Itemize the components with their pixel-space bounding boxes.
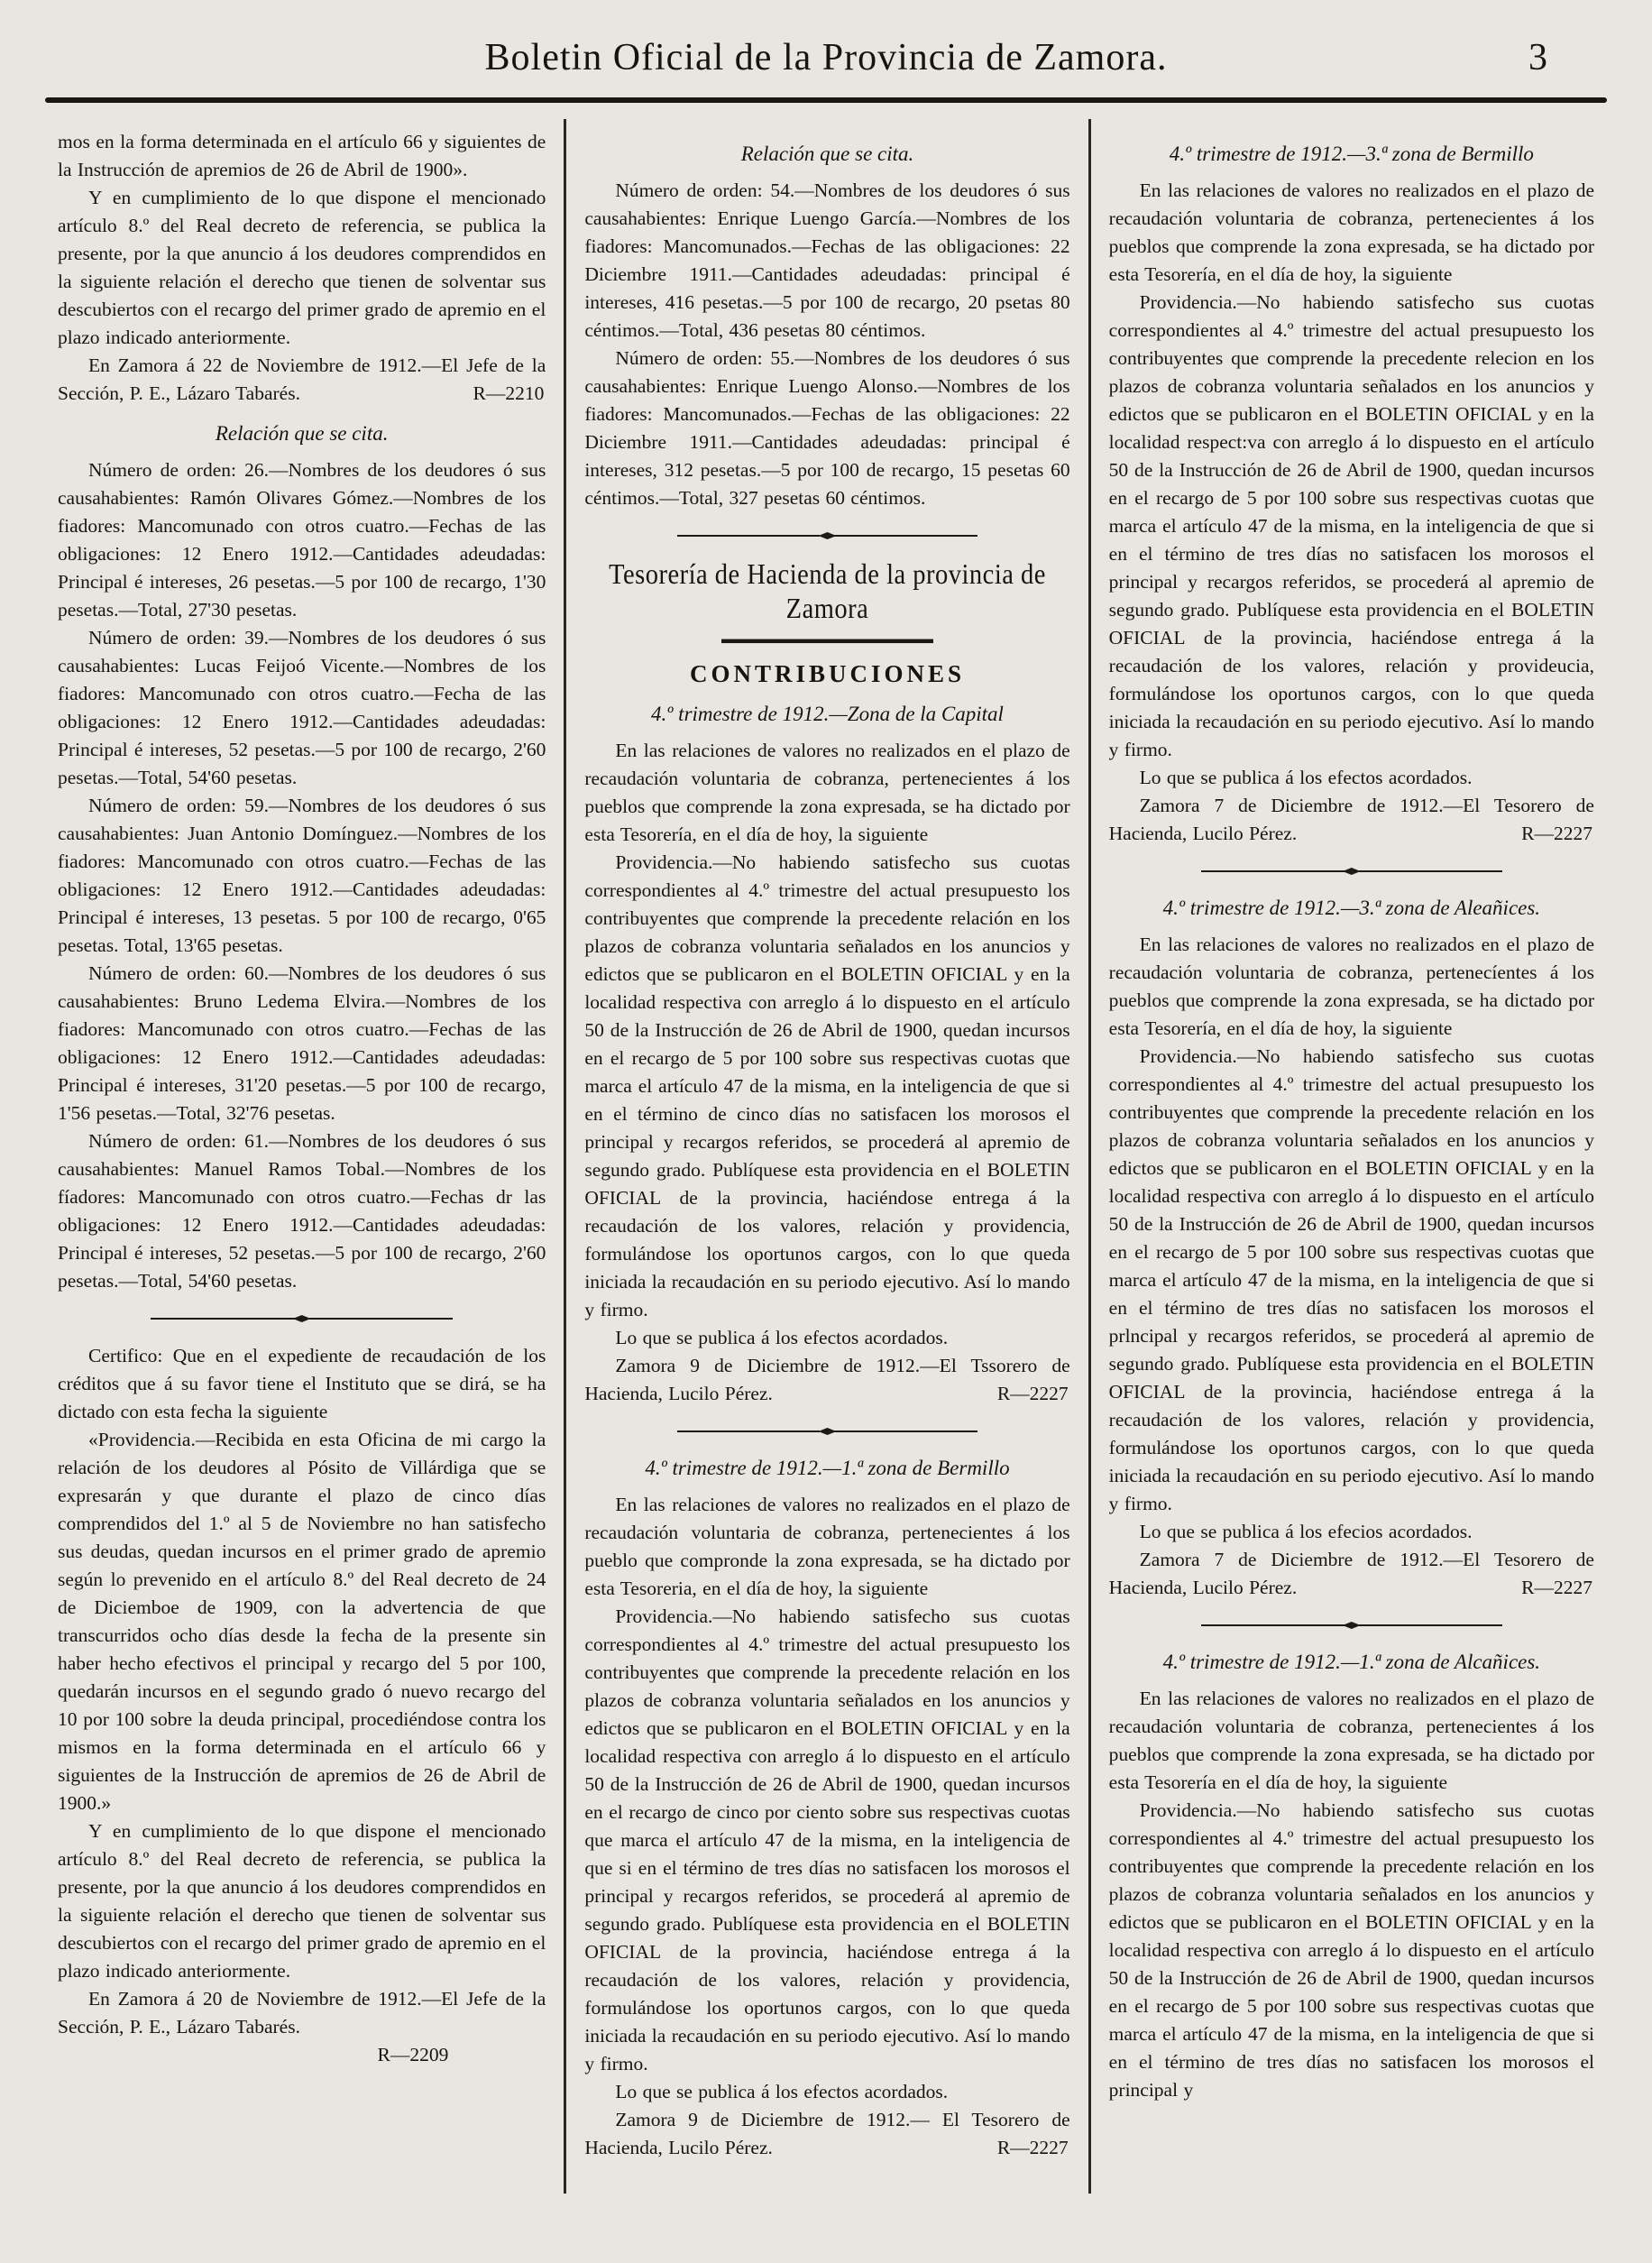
section-masthead: Tesorería de Hacienda de la provincia de… <box>584 558 1069 643</box>
paragraph: Lo que se publica á los efectos acordado… <box>1109 764 1594 792</box>
reference-number: R—2209 <box>58 2041 546 2069</box>
paragraph: En las relaciones de valores no realizad… <box>1109 931 1594 1043</box>
columns-container: mos en la forma determinada en el artícu… <box>40 119 1612 2194</box>
italic-heading: 4.º trimestre de 1912.—Zona de la Capita… <box>584 701 1069 728</box>
italic-heading: Relación que se cita. <box>584 141 1069 168</box>
column-1: mos en la forma determinada en el artícu… <box>40 119 564 2194</box>
header-rule <box>45 97 1607 103</box>
reference-number: R—2210 <box>442 380 544 408</box>
diamond-ornament <box>293 1315 311 1322</box>
paragraph: Providencia.—No habiendo satisfecho sus … <box>1109 1797 1594 2104</box>
page-number: 3 <box>1528 36 1547 79</box>
paragraph: Providencia.—No habiendo satisfecho sus … <box>584 849 1069 1324</box>
paragraph: Lo que se publica á los efectos acordado… <box>584 1324 1069 1352</box>
paragraph: Lo que se publica á los efecios acordado… <box>1109 1518 1594 1546</box>
paragraph: mos en la forma determinada en el artícu… <box>58 128 546 184</box>
paragraph: Número de orden: 55.—Nombres de los deud… <box>584 345 1069 512</box>
signature-line: Zamora 9 de Diciembre de 1912.—El Tssore… <box>584 1352 1069 1408</box>
signature-line: Zamora 7 de Diciembre de 1912.—El Tesore… <box>1109 792 1594 848</box>
paragraph: Número de orden: 26.—Nombres de los deud… <box>58 456 546 624</box>
column-2: Relación que se cita.Número de orden: 54… <box>564 119 1088 2194</box>
paragraph: Número de orden: 59.—Nombres de los deud… <box>58 792 546 960</box>
paragraph: Número de orden: 39.—Nombres de los deud… <box>58 624 546 792</box>
reference-number: R—2227 <box>967 1380 1069 1408</box>
italic-heading: 4.º trimestre de 1912.—1.ª zona de Bermi… <box>584 1455 1069 1482</box>
reference-number: R—2227 <box>1491 1574 1592 1602</box>
paragraph: Número de orden: 54.—Nombres de los deud… <box>584 177 1069 345</box>
diamond-ornament <box>1343 1622 1361 1629</box>
reference-number: R—2227 <box>1491 820 1592 848</box>
paragraph: En Zamora á 20 de Noviembre de 1912.—El … <box>58 1985 546 2041</box>
paragraph: «Providencia.—Recibida en esta Oficina d… <box>58 1426 546 1817</box>
section-separator <box>677 532 978 539</box>
paragraph: En las relaciones de valores no realizad… <box>1109 177 1594 289</box>
paragraph: Providencia.—No habiendo satisfecho sus … <box>1109 289 1594 764</box>
newspaper-page: Boletin Oficial de la Provincia de Zamor… <box>0 0 1652 2194</box>
paragraph: En las relaciones de valores no realizad… <box>584 1491 1069 1603</box>
paragraph: Providencia.—No habiendo satisfecho sus … <box>584 1603 1069 2078</box>
italic-heading: 4.º trimestre de 1912.—1.ª zona de Alcañ… <box>1109 1649 1594 1676</box>
paragraph: En las relaciones de valores no realizad… <box>584 737 1069 849</box>
paragraph: Certifico: Que en el expediente de recau… <box>58 1342 546 1426</box>
italic-heading: Relación que se cita. <box>58 420 546 447</box>
signature-line: En Zamora á 22 de Noviembre de 1912.—El … <box>58 352 546 408</box>
diamond-ornament <box>1343 868 1361 875</box>
reference-number: R—2227 <box>967 2134 1069 2162</box>
paragraph: Número de orden: 61.—Nombres de los deud… <box>58 1127 546 1295</box>
paragraph: Providencia.—No habiendo satisfecho sus … <box>1109 1043 1594 1518</box>
paragraph: Y en cumplimiento de lo que dispone el m… <box>58 1817 546 1985</box>
diamond-ornament <box>818 532 836 539</box>
contributions-heading: CONTRIBUCIONES <box>584 660 1069 688</box>
section-separator <box>1201 1622 1502 1629</box>
page-title: Boletin Oficial de la Provincia de Zamor… <box>40 36 1612 79</box>
paragraph: Número de orden: 60.—Nombres de los deud… <box>58 960 546 1127</box>
italic-heading: 4.º trimestre de 1912.—3.ª zona de Bermi… <box>1109 141 1594 168</box>
signature-line: Zamora 9 de Diciembre de 1912.— El Tesor… <box>584 2106 1069 2162</box>
diamond-ornament <box>818 1428 836 1435</box>
signature-line: Zamora 7 de Diciembre de 1912.—El Tesore… <box>1109 1546 1594 1602</box>
italic-heading: 4.º trimestre de 1912.—3.ª zona de Aleañ… <box>1109 895 1594 922</box>
section-separator <box>677 1428 978 1435</box>
page-header: Boletin Oficial de la Provincia de Zamor… <box>40 23 1612 90</box>
paragraph: Lo que se publica á los efectos acordado… <box>584 2078 1069 2106</box>
section-separator <box>151 1315 454 1322</box>
section-separator <box>1201 868 1502 875</box>
paragraph: Y en cumplimiento de lo que dispone el m… <box>58 184 546 352</box>
column-3: 4.º trimestre de 1912.—3.ª zona de Bermi… <box>1088 119 1612 2194</box>
paragraph: En las relaciones de valores no realizad… <box>1109 1685 1594 1797</box>
